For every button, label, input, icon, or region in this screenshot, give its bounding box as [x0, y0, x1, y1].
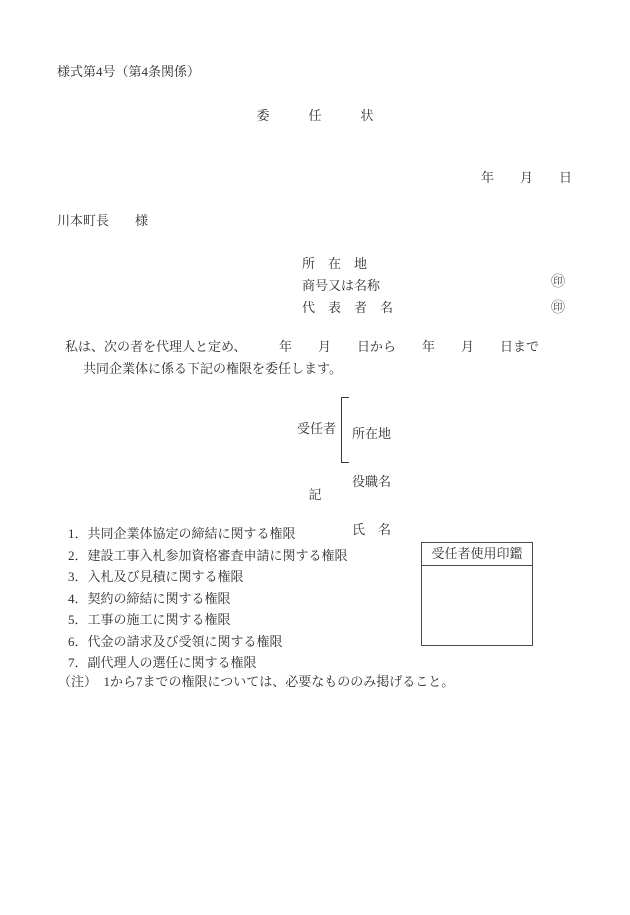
authority-item: 5．工事の施工に関する権限: [68, 609, 348, 631]
authority-item: 4．契約の締結に関する権限: [68, 588, 348, 610]
seal-box: 受任者使用印鑑: [421, 542, 533, 646]
authority-item: 1．共同企業体協定の締結に関する権限: [68, 523, 348, 545]
proxy-form-document: 様式第4号（第4条関係） 委 任 状 年 月 日 川本町長 様 所 在 地 商号…: [0, 0, 630, 915]
company-seal-icon: ㊞: [551, 276, 565, 289]
body-line-1: 私は、次の者を代理人と定め、 年 月 日から 年 月 日まで: [65, 340, 539, 353]
body-line-2: 共同企業体に係る下記の権限を委任します。: [83, 362, 342, 375]
applicant-company-label: 商号又は名称: [302, 279, 380, 292]
seal-box-header: 受任者使用印鑑: [422, 543, 532, 566]
date-line: 年 月 日: [481, 171, 572, 184]
applicant-representative-label: 代 表 者 名: [302, 301, 393, 314]
representative-seal-icon: ㊞: [551, 302, 565, 315]
authority-item: 3．入札及び見積に関する権限: [68, 566, 348, 588]
delegate-items: 所在地 役職名 氏 名: [352, 397, 391, 567]
delegate-bracket: [341, 397, 349, 463]
authority-list: 1．共同企業体協定の締結に関する権限 2．建設工事入札参加資格審査申請に関する権…: [68, 523, 348, 674]
delegate-item-address: 所在地: [352, 423, 391, 445]
applicant-address-label: 所 在 地: [302, 257, 367, 270]
form-number: 様式第4号（第4条関係）: [57, 65, 200, 78]
note-text: （注） 1から7までの権限については、必要なもののみ掲げること。: [58, 675, 454, 688]
authority-item: 6．代金の請求及び受領に関する権限: [68, 631, 348, 653]
document-title: 委 任 状: [0, 109, 630, 122]
delegate-item-name: 氏 名: [352, 519, 391, 541]
addressee: 川本町長 様: [57, 214, 148, 227]
authority-item: 2．建設工事入札参加資格審査申請に関する権限: [68, 545, 348, 567]
authority-item: 7．副代理人の選任に関する権限: [68, 652, 348, 674]
record-heading: 記: [0, 488, 630, 501]
delegate-label: 受任者: [297, 422, 336, 435]
